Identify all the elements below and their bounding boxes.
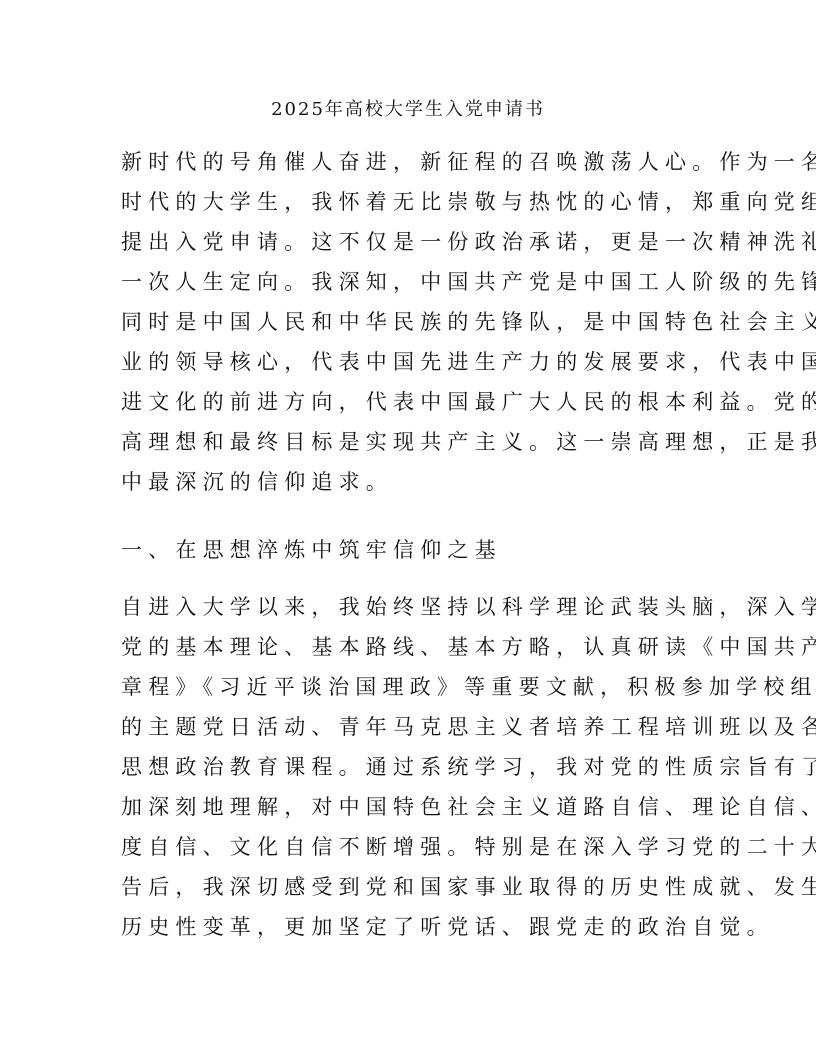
paragraph-line: 提出入党申请。这不仅是一份政治承诺，更是一次精神洗礼、: [121, 222, 697, 262]
paragraph-line: 历史性变革，更加坚定了听党话、跟党走的政治自觉。: [121, 907, 697, 947]
paragraph-line: 度自信、文化自信不断增强。特别是在深入学习党的二十大报: [121, 827, 697, 867]
paragraph-line: 加深刻地理解，对中国特色社会主义道路自信、理论自信、制: [121, 787, 697, 827]
intro-paragraph: 新时代的号角催人奋进，新征程的召唤激荡人心。作为一名新 时代的大学生，我怀着无比…: [121, 142, 697, 502]
paragraph-line: 告后，我深切感受到党和国家事业取得的历史性成就、发生的: [121, 867, 697, 907]
paragraph-line: 进文化的前进方向，代表中国最广大人民的根本利益。党的最: [121, 382, 697, 422]
paragraph-line: 章程》《习近平谈治国理政》等重要文献，积极参加学校组织: [121, 667, 697, 707]
paragraph-line: 新时代的号角催人奋进，新征程的召唤激荡人心。作为一名新: [121, 142, 697, 182]
paragraph-line: 同时是中国人民和中华民族的先锋队，是中国特色社会主义事: [121, 302, 697, 342]
paragraph-line: 思想政治教育课程。通过系统学习，我对党的性质宗旨有了更: [121, 747, 697, 787]
paragraph-line: 的主题党日活动、青年马克思主义者培养工程培训班以及各类: [121, 707, 697, 747]
paragraph-line: 时代的大学生，我怀着无比崇敬与热忱的心情，郑重向党组织: [121, 182, 697, 222]
paragraph-line: 高理想和最终目标是实现共产主义。这一崇高理想，正是我心: [121, 422, 697, 462]
document-title: 2025年高校大学生入党申请书: [0, 98, 816, 122]
paragraph-line: 中最深沉的信仰追求。: [121, 462, 697, 502]
section-1-paragraph: 自进入大学以来，我始终坚持以科学理论武装头脑，深入学习 党的基本理论、基本路线、…: [121, 587, 697, 947]
paragraph-line: 业的领导核心，代表中国先进生产力的发展要求，代表中国先: [121, 342, 697, 382]
paragraph-line: 一次人生定向。我深知，中国共产党是中国工人阶级的先锋队，: [121, 262, 697, 302]
paragraph-line: 党的基本理论、基本路线、基本方略，认真研读《中国共产党: [121, 627, 697, 667]
paragraph-line: 自进入大学以来，我始终坚持以科学理论武装头脑，深入学习: [121, 587, 697, 627]
document-page: 2025年高校大学生入党申请书 新时代的号角催人奋进，新征程的召唤激荡人心。作为…: [0, 0, 816, 1056]
section-heading: 一、在思想淬炼中筑牢信仰之基: [121, 530, 502, 570]
